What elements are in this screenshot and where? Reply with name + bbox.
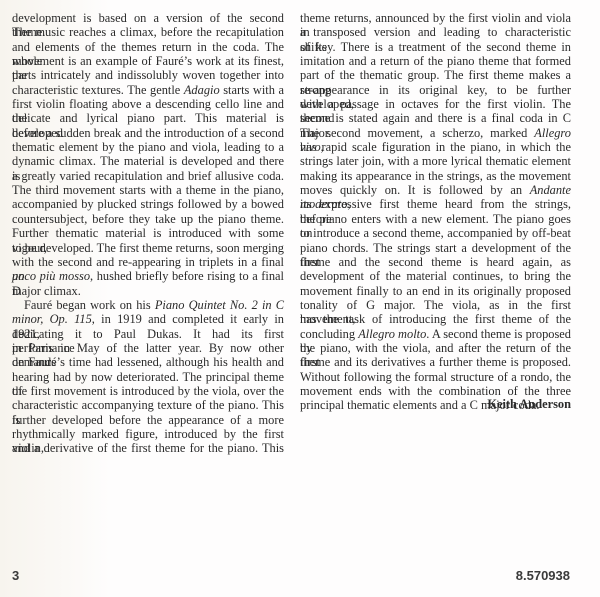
text-line: has the task of introducing the first th… (300, 312, 571, 326)
italic-term: poco più mosso (12, 269, 90, 283)
italic-term: Allegro molto (358, 327, 426, 341)
text-line: development is based on a version of the… (12, 11, 284, 25)
text-line: the piano, with the viola, and after the… (300, 341, 571, 355)
text-line: strings later join, with a more lyrical … (300, 154, 571, 168)
text-line: moves quickly on. It is followed by an A… (300, 183, 571, 197)
text-line: has rapid scale figuration in the piano,… (300, 140, 571, 154)
text-line: imitation and a return of the piano them… (300, 54, 571, 68)
text-line: major climax. (12, 284, 284, 298)
text-line: to introduce a second theme, accompanied… (300, 226, 571, 240)
text-line: rhythmically marked figure, introduced b… (12, 427, 284, 441)
text-line: parts intricately and indissolubly woven… (12, 68, 284, 82)
text-line: theme returns, announced by the first vi… (300, 11, 571, 25)
text-line: theme and its derivatives a further them… (300, 355, 571, 369)
text-line: and a derivative of the first theme for … (12, 441, 284, 455)
text-line: poco più mosso, hushed briefly before ri… (12, 269, 284, 283)
text-line: countersubject, before they take up the … (12, 212, 284, 226)
text-line: Fauré began work on his Piano Quintet No… (12, 298, 284, 312)
text-line: tonality of G major. The viola, as in th… (300, 298, 571, 312)
text-line: thematic element by the piano and viola,… (12, 140, 284, 154)
text-line: making its appearance in the strings, as… (300, 169, 571, 183)
text-line: The second movement, a scherzo, marked A… (300, 126, 571, 140)
text-line: before a sudden break and the introducti… (12, 126, 284, 140)
text-line: accompanied by plucked strings followed … (12, 197, 284, 211)
text-line: movement is an example of Fauré’s work a… (12, 54, 284, 68)
page-number: 3 (12, 568, 19, 583)
text-line: piano chords. The strings start a develo… (300, 241, 571, 255)
text-line: Without following the formal structure o… (300, 370, 571, 384)
italic-term: Piano Quintet No. 2 in C (155, 298, 284, 312)
text-line: a greatly varied recapitulation and brie… (12, 169, 284, 183)
text-line: dedicating it to Paul Dukas. It had its … (12, 327, 284, 341)
text-line: The music reaches a climax, before the r… (12, 25, 284, 39)
text-line: and elements of the themes return in the… (12, 40, 284, 54)
text-line: movement finally to an end in its origin… (300, 284, 571, 298)
text-line: characteristic textures. The gentle Adag… (12, 83, 284, 97)
left-text-column: development is based on a version of the… (12, 11, 284, 456)
text-line: delicate and lyrical piano part. This ma… (12, 111, 284, 125)
italic-term: minor, Op. 115 (12, 312, 92, 326)
text-line: minor, Op. 115, in 1919 and completed it… (12, 312, 284, 326)
author-signature: Keith Anderson (300, 397, 571, 412)
text-line: re-appearance in its original key, to be… (300, 83, 571, 97)
text-line: theme is stated again and there is a fin… (300, 111, 571, 125)
text-line: in Paris in May of the latter year. By n… (12, 341, 284, 355)
text-line: hearing had by now deteriorated. The pri… (12, 370, 284, 384)
text-line: Further thematic material is introduced … (12, 226, 284, 240)
text-line: its expressive first theme heard from th… (300, 197, 571, 211)
text-line: The third movement starts with a theme i… (12, 183, 284, 197)
text-line: the piano enters with a new element. The… (300, 212, 571, 226)
text-line: dynamic climax. The material is develope… (12, 154, 284, 168)
catalogue-number: 8.570938 (516, 568, 570, 583)
text-line: development of the material continues, t… (300, 269, 571, 283)
text-line: on Fauré’s time had lessened, although h… (12, 355, 284, 369)
italic-term: Adagio (184, 83, 220, 97)
text-line: characteristic accompanying texture of t… (12, 398, 284, 412)
text-line: first violin floating above a descending… (12, 97, 284, 111)
text-line: with a passage in octaves for the first … (300, 97, 571, 111)
text-line: further developed before the appearance … (12, 413, 284, 427)
text-line: with the second and re-appearing in trip… (12, 255, 284, 269)
text-line: theme and the second theme is heard agai… (300, 255, 571, 269)
text-line: concluding Allegro molto. A second theme… (300, 327, 571, 341)
text-line: part of the thematic group. The first th… (300, 68, 571, 82)
text-line: a transposed version and leading to char… (300, 25, 571, 39)
text-line: the first movement is introduced by the … (12, 384, 284, 398)
right-text-column: theme returns, announced by the first vi… (300, 11, 571, 413)
text-line: to be developed. The first theme returns… (12, 241, 284, 255)
text-line: of key. There is a treatment of the seco… (300, 40, 571, 54)
